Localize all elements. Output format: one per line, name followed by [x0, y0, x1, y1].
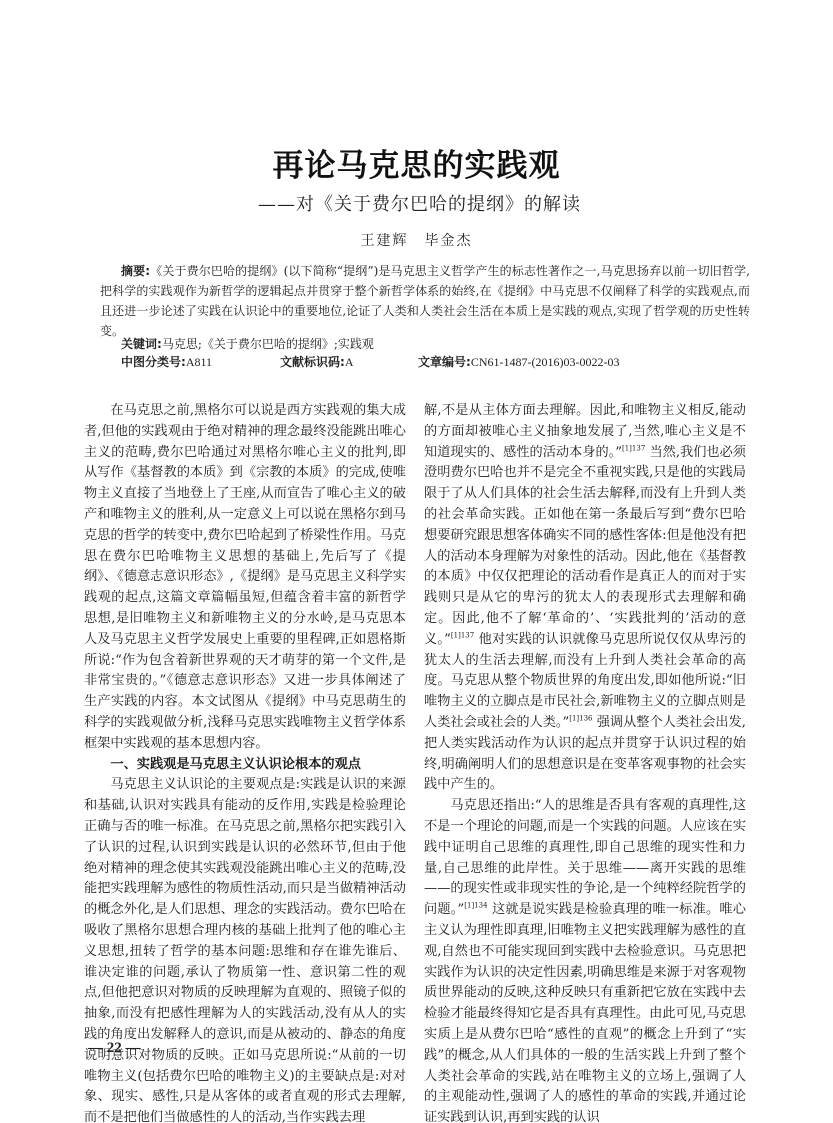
body-column-right: 解,不是从主体方面去理解。因此,和唯物主义相反,能动的方面却被唯心主义抽象地发展… — [424, 401, 746, 1123]
article-subtitle: ——对《关于费尔巴哈的提纲》的解读 — [258, 190, 581, 216]
abstract-text: 《关于费尔巴哈的提纲》(以下简称“提纲”)是马克思主义哲学产生的标志性著作之一,… — [100, 264, 750, 338]
article-number-label: 文章编号: — [418, 355, 471, 369]
citation: [1]137 — [622, 444, 645, 452]
page-number: — 22 — — [88, 1040, 141, 1057]
body-paragraph: 马克思主义认识论的主要观点是:实践是认识的来源和基础,认识对实践具有能动的反作用… — [84, 775, 406, 1123]
keywords-text: 马克思;《关于费尔巴哈的提纲》;实践观 — [162, 337, 374, 351]
keywords: 关键词:马克思;《关于费尔巴哈的提纲》;实践观 — [121, 336, 374, 352]
section-heading: 一、实践观是马克思主义认识论根本的观点 — [84, 755, 406, 776]
body-paragraph: 解,不是从主体方面去理解。因此,和唯物主义相反,能动的方面却被唯心主义抽象地发展… — [424, 401, 746, 796]
document-code: 文献标识码:A — [280, 354, 353, 370]
keywords-label: 关键词: — [121, 337, 162, 351]
citation: [1]134 — [464, 902, 487, 910]
citation: [1]137 — [451, 631, 474, 639]
document-code-label: 文献标识码: — [280, 355, 345, 369]
article-number: 文章编号:CN61-1487-(2016)03-0022-03 — [418, 354, 619, 370]
clc-value: A811 — [186, 355, 212, 369]
body-column-left: 在马克思之前,黑格尔可以说是西方实践观的集大成者,但他的实践观由于绝对精神的理念… — [84, 401, 406, 1123]
abstract: 摘要:《关于费尔巴哈的提纲》(以下简称“提纲”)是马克思主义哲学产生的标志性著作… — [100, 261, 750, 341]
clc-label: 中图分类号: — [121, 355, 186, 369]
body-text: 当然,我们也必须澄明费尔巴哈也并不是完全不重视实践,只是他的实践局限于了从人们具… — [424, 445, 746, 647]
body-paragraph: 马克思还指出:“人的思维是否具有客观的真理性,这不是一个理论的问题,而是一个实践… — [424, 796, 746, 1123]
article-number-value: CN61-1487-(2016)03-0022-03 — [471, 355, 620, 369]
citation: [1]136 — [569, 715, 592, 723]
abstract-label: 摘要: — [121, 264, 150, 278]
body-text: 这就是说实践是检验真理的唯一标准。唯心主义认为理性即真理,旧唯物主义把实践理解为… — [424, 902, 746, 1123]
article-title: 再论马克思的实践观 — [0, 140, 833, 185]
clc-number: 中图分类号:A811 — [121, 354, 212, 370]
body-text: 马克思还指出:“人的思维是否具有客观的真理性,这不是一个理论的问题,而是一个实践… — [424, 798, 746, 917]
article-authors: 王建辉 毕金杰 — [0, 230, 833, 250]
document-code-value: A — [345, 355, 354, 369]
body-paragraph: 在马克思之前,黑格尔可以说是西方实践观的集大成者,但他的实践观由于绝对精神的理念… — [84, 401, 406, 755]
